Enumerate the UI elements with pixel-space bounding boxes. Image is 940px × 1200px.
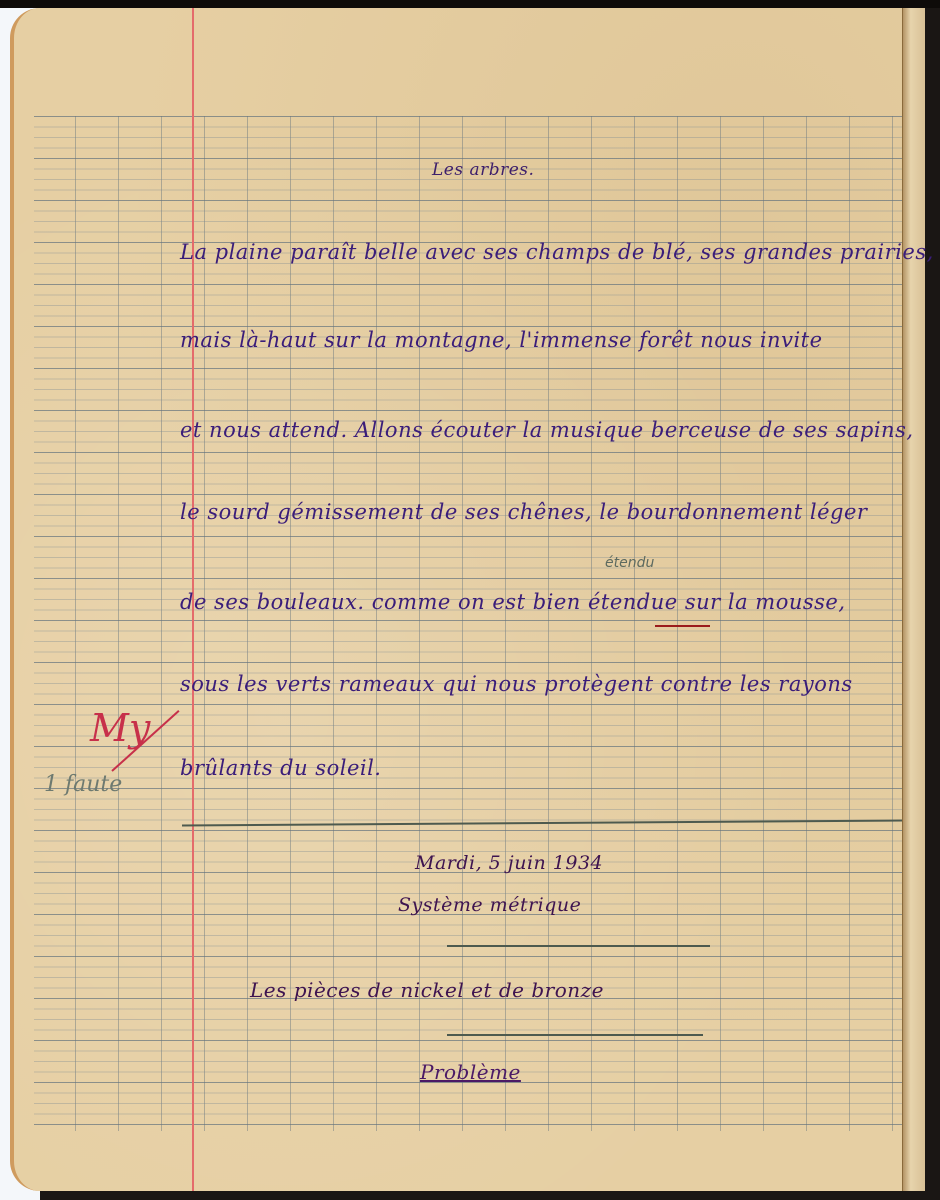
lesson-heading: Les pièces de nickel et de bronze	[250, 978, 604, 1002]
dictation-line-6: sous les verts rameaux qui nous protègen…	[180, 672, 853, 696]
dictation-line-7: brûlants du soleil.	[180, 756, 381, 780]
dictation-line-3: et nous attend. Allons écouter la musiqu…	[180, 418, 914, 442]
pencil-correction: étendu	[605, 555, 654, 571]
dictation-line-5: de ses bouleaux. comme on est bien étend…	[180, 590, 846, 614]
dictation-line-1: La plaine paraît belle avec ses champs d…	[180, 240, 934, 264]
dictation-line-2: mais là-haut sur la montagne, l'immense …	[180, 328, 823, 352]
dictation-line-4: le sourd gémissement de ses chênes, le b…	[180, 500, 867, 524]
subject-underline	[447, 945, 710, 947]
error-underline	[655, 625, 710, 627]
heading-underline	[447, 1034, 703, 1036]
scan-top-edge	[0, 0, 940, 8]
dictation-title: Les arbres.	[432, 160, 534, 180]
problem-label: Problème	[420, 1060, 521, 1084]
page-fold-edge	[902, 8, 925, 1191]
lesson-subject: Système métrique	[398, 894, 581, 916]
lesson-date: Mardi, 5 juin 1934	[415, 852, 603, 874]
fault-count-note: 1 faute	[44, 772, 122, 797]
